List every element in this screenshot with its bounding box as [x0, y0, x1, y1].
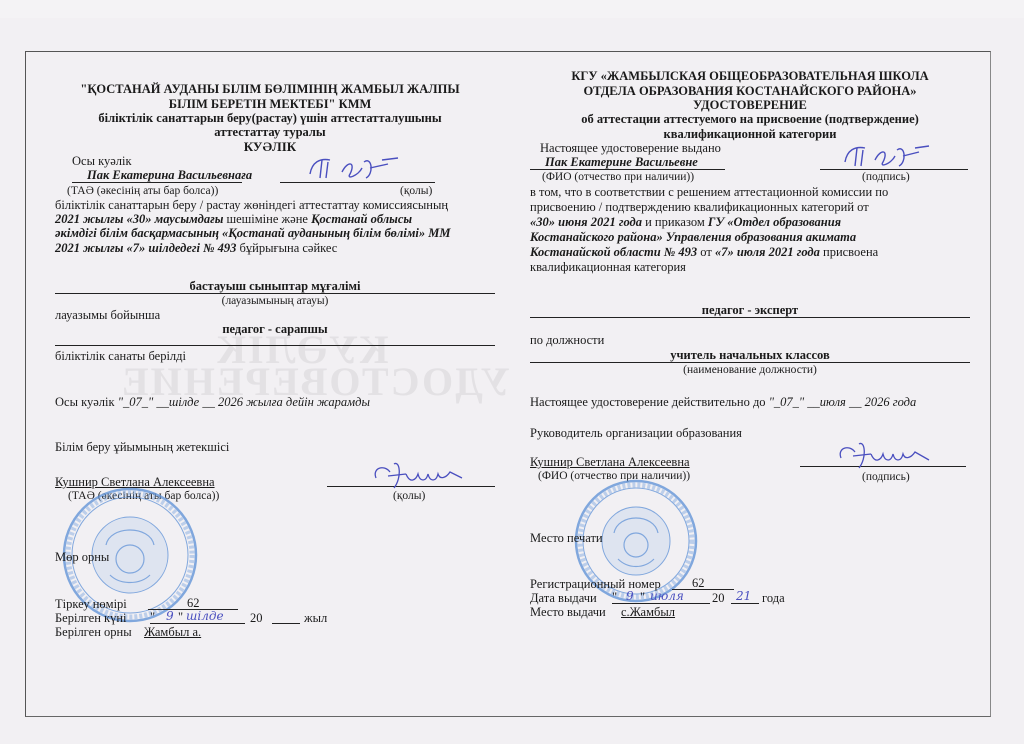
left-head-signature-caption: (қолы) [393, 489, 425, 504]
right-seal-place: Место печати [530, 531, 603, 546]
left-header-line-1: "ҚОСТАНАЙ АУДАНЫ БІЛІМ БӨЛІМІНІҢ ЖАМБЫЛ … [40, 82, 500, 97]
right-head-name: Кушнир Светлана Алексеевна [530, 455, 690, 470]
right-issued-place: с.Жамбыл [621, 605, 675, 620]
left-issued-date-label: Берілген күні [55, 611, 127, 626]
right-department: ГУ «Отдел образования [708, 215, 841, 229]
right-issued-year-suffix: года [762, 591, 785, 606]
right-name-caption: (ФИО (отчество при наличии)) [542, 170, 694, 185]
right-reg-number: 62 [692, 576, 705, 591]
left-body-text: бұйрығына сәйкес [236, 241, 337, 255]
left-body-text: шешіміне және [223, 212, 311, 226]
right-recipient-signature-icon [835, 140, 935, 172]
right-body-line-2: присвоению / подтверждению квалификацион… [530, 200, 869, 215]
left-head-label: Білім беру ұйымының жетекшісі [55, 440, 229, 455]
right-intro: Настоящее удостоверение выдано [540, 141, 721, 156]
left-body-line-1: біліктілік санаттарын беру / растау жөні… [55, 198, 448, 213]
right-signature-caption: (подпись) [862, 170, 910, 185]
right-head-signature-caption: (подпись) [862, 470, 910, 485]
right-recipient-name: Пак Екатерине Васильевне [545, 155, 698, 170]
right-issued-year-prefix: 20 [712, 591, 725, 606]
right-category-underline [530, 317, 970, 318]
left-category-underline [55, 345, 495, 346]
right-header-line-4: об аттестации аттестуемого на присвоение… [520, 112, 980, 127]
left-reg-label: Тіркеу нөмірі [55, 597, 127, 612]
left-category-granted: біліктілік санаты берілді [55, 349, 186, 364]
left-commission-date: 2021 жылғы «30» маусымдағы [55, 212, 223, 226]
left-issued-year-blank [272, 623, 300, 624]
left-recipient-name: Пак Екатерина Васильевнаға [87, 168, 252, 183]
right-issued-day: 9 [626, 589, 634, 604]
left-recipient-signature-icon [300, 150, 410, 184]
right-body-line-6: квалификационная категория [530, 260, 686, 275]
left-header-line-4: аттестаттау туралы [40, 125, 500, 140]
right-commission-date: «30» июня 2021 года [530, 215, 642, 229]
right-body-line-1: в том, что в соответствии с решением атт… [530, 185, 888, 200]
right-title: УДОСТОВЕРЕНИЕ [520, 98, 980, 113]
left-header-line-3: біліктілік санаттарын беру(растау) үшін … [40, 111, 500, 126]
left-issued-place: Жамбыл а. [144, 625, 201, 640]
left-position: бастауыш сыныптар мұғалімі [55, 279, 495, 294]
left-issued-year-suffix: жыл [304, 611, 327, 626]
left-valid-until: "_07_" __шілде __ 2026 жылға дейін жарам… [118, 395, 370, 409]
left-body-line-3: әкімдігі білім басқармасының «Қостанай а… [55, 226, 450, 241]
right-issued-place-label: Место выдачи [530, 605, 606, 620]
left-category: педагог - сарапшы [55, 322, 495, 337]
left-position-caption: (лауазымының атауы) [55, 294, 495, 309]
right-header-line-2: ОТДЕЛА ОБРАЗОВАНИЯ КОСТАНАЙСКОГО РАЙОНА» [520, 84, 980, 99]
right-position-caption: (наименование должности) [530, 363, 970, 378]
left-issued-place-label: Берілген орны [55, 625, 132, 640]
right-body-text: от [697, 245, 715, 259]
left-signature-caption: (қолы) [400, 184, 432, 199]
left-issued-day: 9 [166, 609, 174, 624]
right-issued-year-hand: 21 [736, 589, 751, 604]
right-order-number: Костанайской области № 493 [530, 245, 697, 259]
left-issued-month: шілде [186, 609, 224, 624]
left-title: КУӘЛІК [40, 139, 500, 154]
right-valid-until: "_07_" __июля __ 2026 года [769, 395, 917, 409]
left-order-number: 2021 жылғы «7» шілдедегі № 493 [55, 241, 236, 255]
right-header-line-1: КГУ «ЖАМБЫЛСКАЯ ОБЩЕОБРАЗОВАТЕЛЬНАЯ ШКОЛ… [520, 69, 980, 84]
left-seal-place: Мөр орны [55, 550, 109, 565]
left-region: Қостанай облысы [311, 212, 412, 226]
right-body-text: и приказом [642, 215, 708, 229]
right-issued-date-label: Дата выдачи [530, 591, 597, 606]
left-valid-prefix: Осы куәлік [55, 395, 118, 409]
left-issued-year-prefix: 20 [250, 611, 263, 626]
right-order-date: «7» июля 2021 года [715, 245, 820, 259]
left-header-line-2: БІЛІМ БЕРЕТІН МЕКТЕБІ" КММ [40, 97, 500, 112]
right-by-position: по должности [530, 333, 604, 348]
right-position: учитель начальных классов [530, 348, 970, 363]
right-category: педагог - эксперт [530, 303, 970, 318]
right-head-label: Руководитель организации образования [530, 426, 742, 441]
left-name-caption: (ТАӘ (әкесінің аты бар болса)) [67, 184, 218, 199]
left-intro: Осы куәлік [72, 154, 132, 169]
right-body-line-4: Костанайского района» Управления образов… [530, 230, 856, 245]
left-by-position: лауазымы бойынша [55, 308, 160, 323]
right-issued-month: июля [650, 589, 684, 604]
right-body-text: присвоена [820, 245, 878, 259]
right-valid-prefix: Настоящее удостоверение действительно до [530, 395, 769, 409]
left-name-underline [72, 182, 242, 183]
